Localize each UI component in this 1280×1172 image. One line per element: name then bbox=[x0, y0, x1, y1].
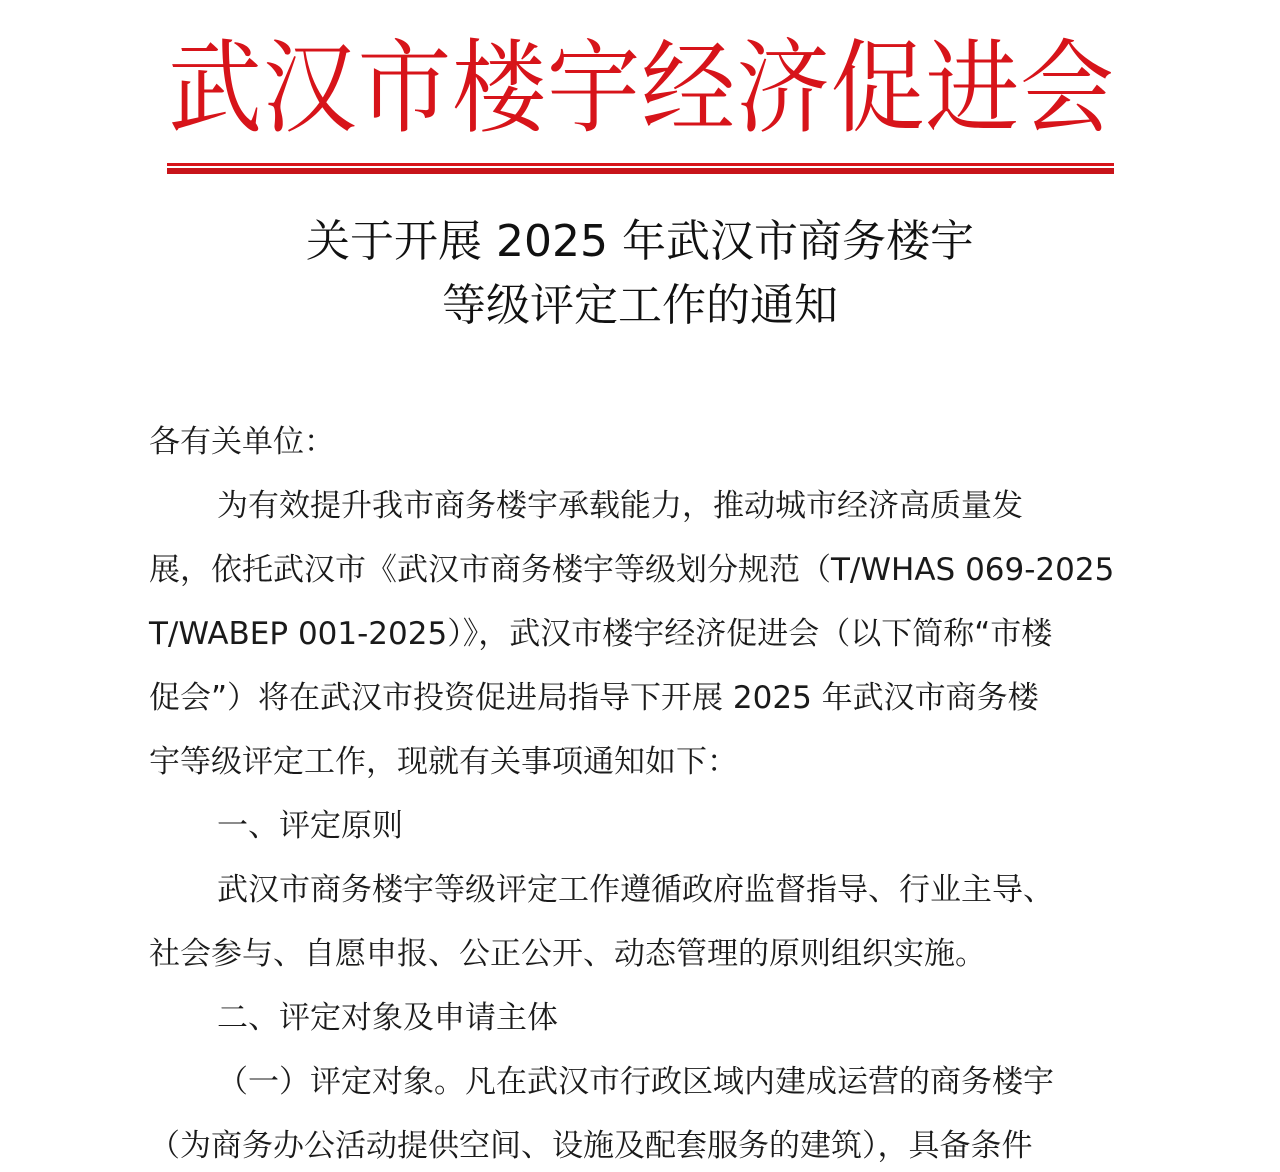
letterhead-char: 进 bbox=[925, 36, 1019, 144]
document-title-line-2: 等级评定工作的通知 bbox=[0, 276, 1280, 336]
document-body: 各有关单位： 为有效提升我市商务楼宇承载能力，推动城市经济高质量发 展，依托武汉… bbox=[149, 410, 1144, 1172]
letterhead-char: 经 bbox=[641, 36, 735, 144]
paragraph-line: 武汉市商务楼宇等级评定工作遵循政府监督指导、行业主导、 bbox=[149, 858, 1144, 922]
letterhead-char: 武 bbox=[168, 36, 262, 144]
letterhead-divider-thick bbox=[167, 168, 1114, 174]
letterhead-char: 会 bbox=[1020, 36, 1114, 144]
section-heading: 一、评定原则 bbox=[149, 794, 1144, 858]
document-title-line-1: 关于开展 2025 年武汉市商务楼宇 bbox=[0, 212, 1280, 272]
paragraph-line: T/WABEP 001-2025）》，武汉市楼宇经济促进会（以下简称“市楼 bbox=[149, 602, 1144, 666]
letterhead-char: 汉 bbox=[263, 36, 357, 144]
letterhead-char: 济 bbox=[736, 36, 830, 144]
section-heading: 二、评定对象及申请主体 bbox=[149, 986, 1144, 1050]
paragraph-line: 宇等级评定工作，现就有关事项通知如下： bbox=[149, 730, 1144, 794]
salutation: 各有关单位： bbox=[149, 410, 1144, 474]
paragraph-line: 社会参与、自愿申报、公正公开、动态管理的原则组织实施。 bbox=[149, 922, 1144, 986]
paragraph-line: （一）评定对象。凡在武汉市行政区域内建成运营的商务楼宇 bbox=[149, 1050, 1144, 1114]
letterhead-char: 楼 bbox=[452, 36, 546, 144]
letterhead-char: 促 bbox=[831, 36, 925, 144]
paragraph-line: 促会”）将在武汉市投资促进局指导下开展 2025 年武汉市商务楼 bbox=[149, 666, 1144, 730]
paragraph-line: （为商务办公活动提供空间、设施及配套服务的建筑），具备条件 bbox=[149, 1114, 1144, 1172]
paragraph-line: 展，依托武汉市《武汉市商务楼宇等级划分规范（T/WHAS 069-2025 bbox=[149, 538, 1144, 602]
letterhead-org-name: 武 汉 市 楼 宇 经 济 促 进 会 bbox=[168, 40, 1114, 140]
letterhead-char: 宇 bbox=[547, 36, 641, 144]
letterhead-char: 市 bbox=[357, 36, 451, 144]
paragraph-line: 为有效提升我市商务楼宇承载能力，推动城市经济高质量发 bbox=[149, 474, 1144, 538]
letterhead-divider-thin bbox=[167, 163, 1114, 166]
